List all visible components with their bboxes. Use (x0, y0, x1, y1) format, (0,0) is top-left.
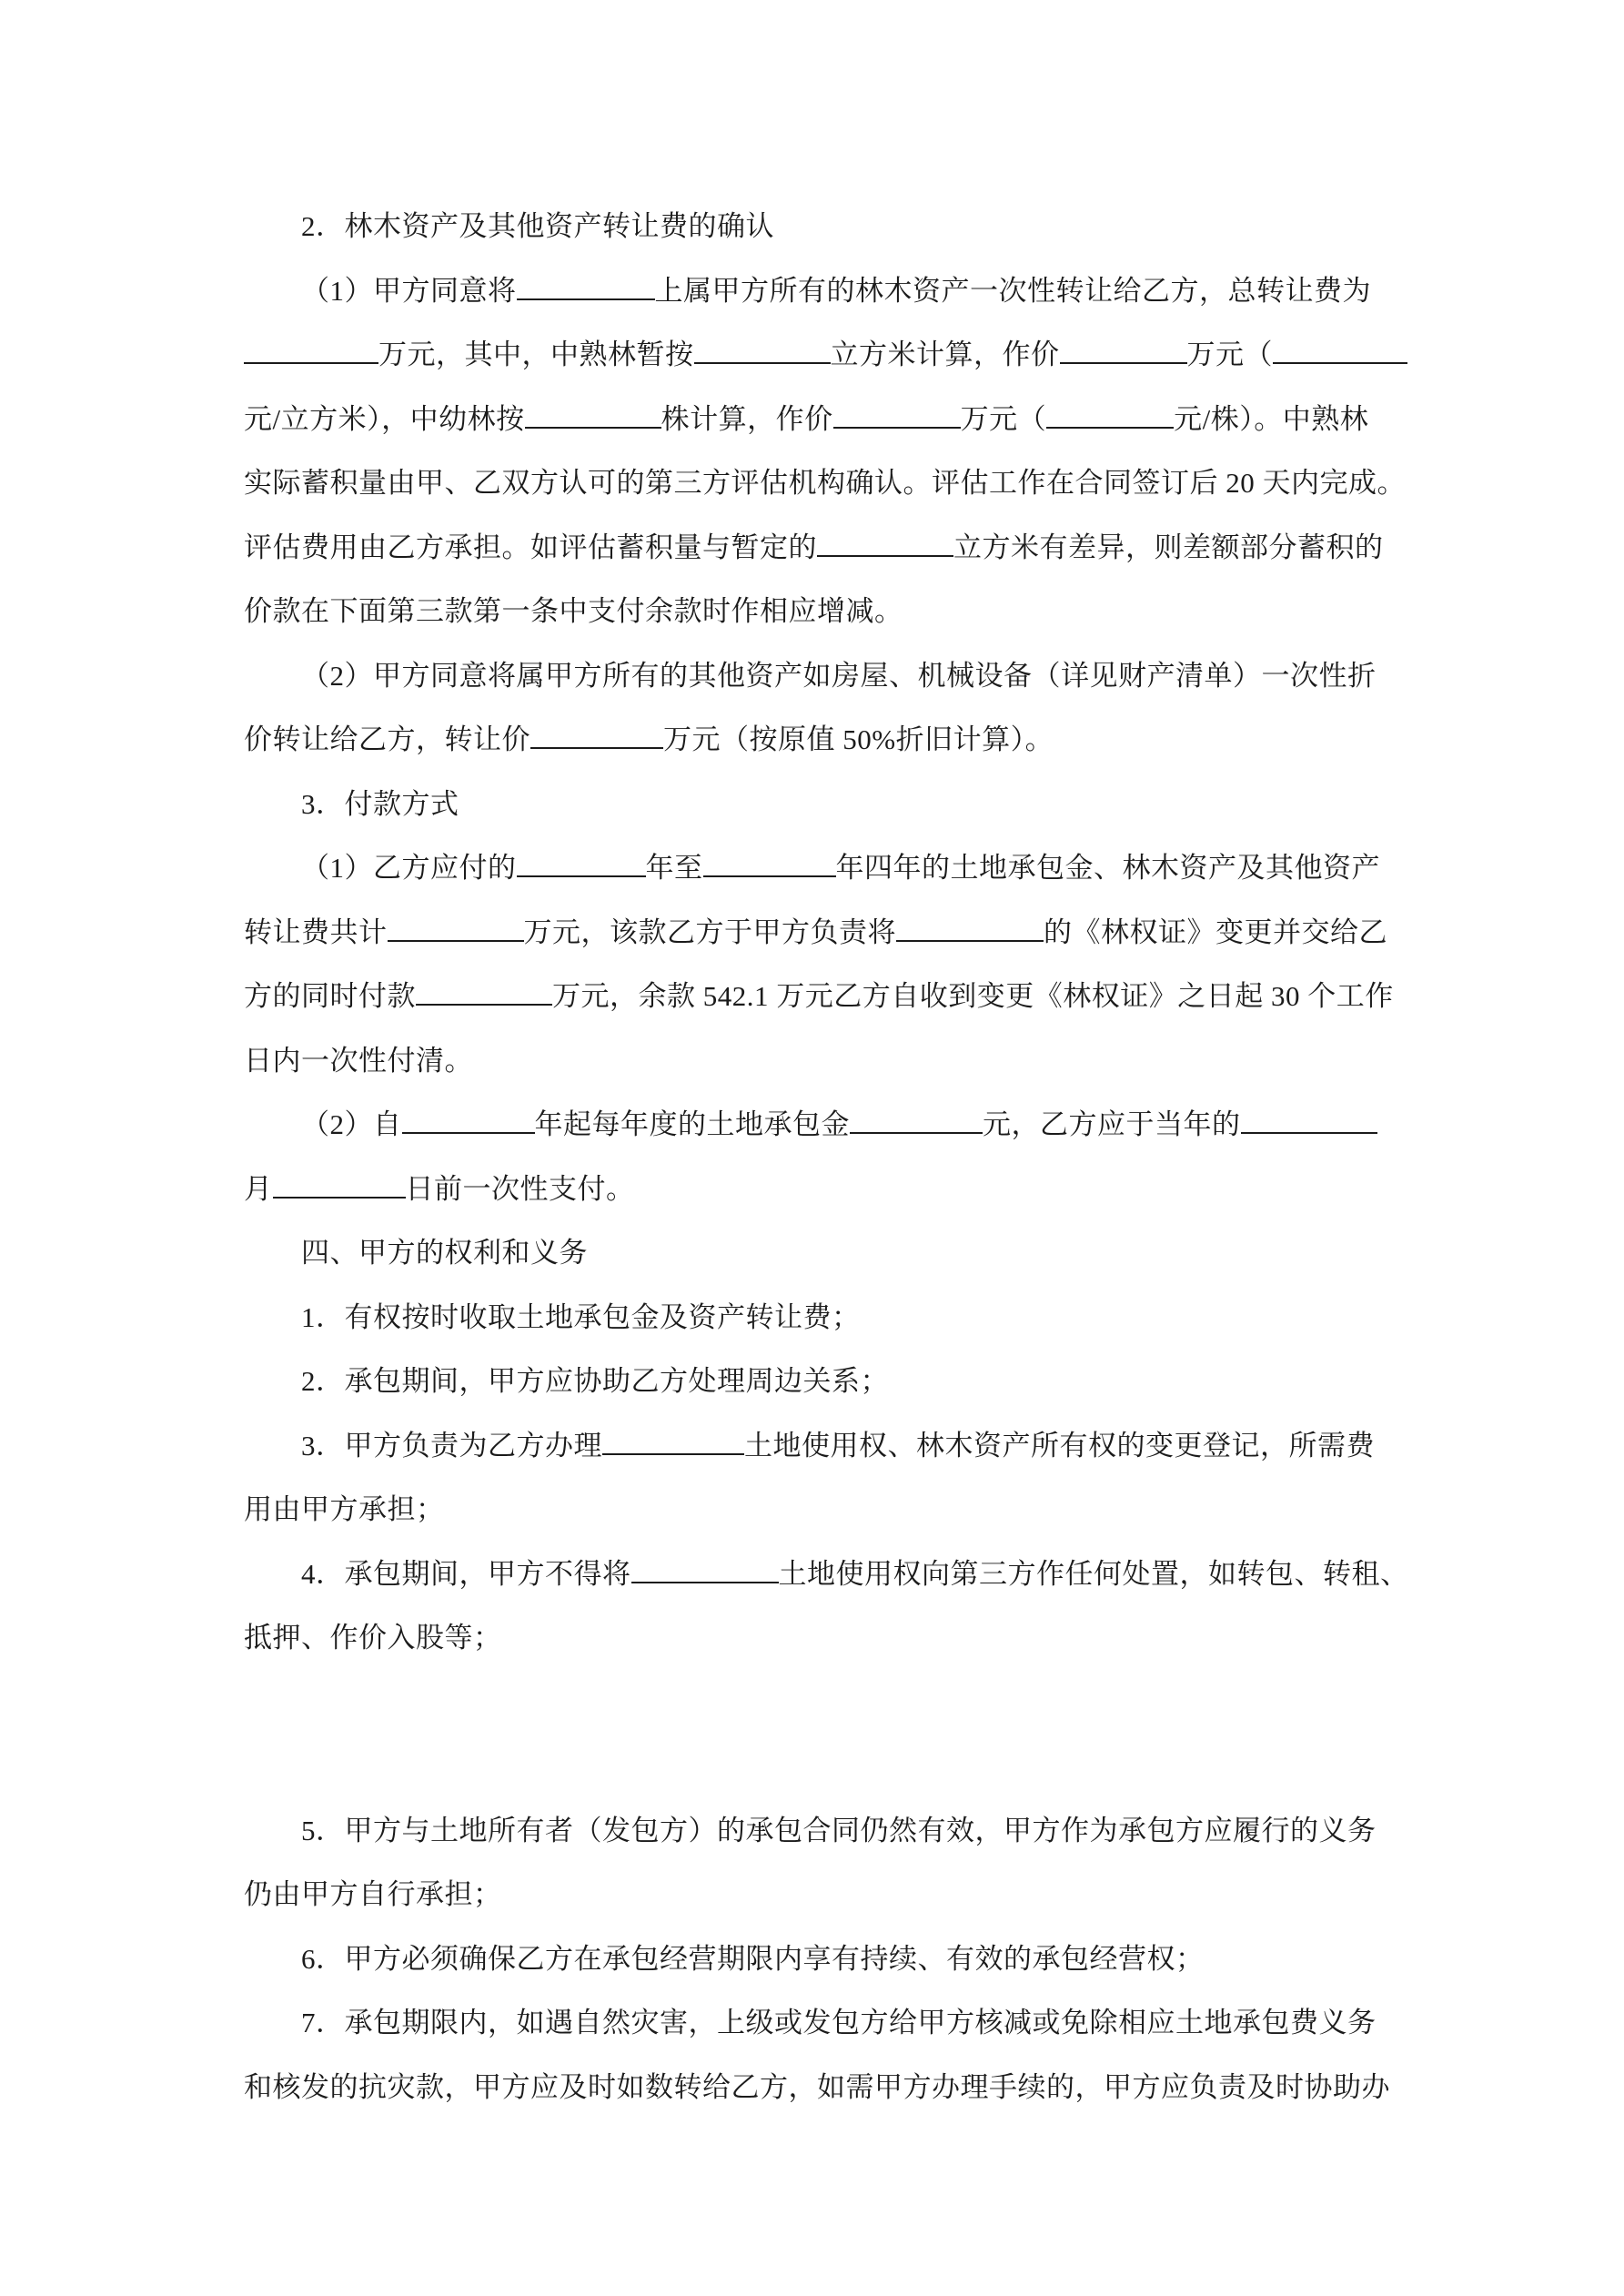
text-line: 四、甲方的权利和义务 (244, 1221, 1382, 1286)
text-line: 3．付款方式 (244, 773, 1382, 837)
text-segment: 四、甲方的权利和义务 (301, 1237, 588, 1269)
text-segment: 年起每年度的土地承包金 (535, 1108, 851, 1140)
text-segment: （1）乙方应付的 (301, 852, 517, 884)
text-line: 万元，其中，中熟林暂按立方米计算，作价万元（ (244, 323, 1382, 388)
text-segment: 2．承包期间，甲方应协助乙方处理周边关系； (301, 1365, 889, 1397)
text-line: 仍由甲方自行承担； (244, 1863, 1382, 1927)
text-line: 转让费共计万元，该款乙方于甲方负责将的《林权证》变更并交给乙 (244, 901, 1382, 966)
fill-in-blank (244, 336, 378, 364)
text-segment: 抵押、作价入股等； (244, 1622, 502, 1654)
text-segment: 月 (244, 1173, 273, 1205)
text-segment: 日内一次性付清。 (244, 1045, 473, 1077)
text-line: （2）甲方同意将属甲方所有的其他资产如房屋、机械设备（详见财产清单）一次性折 (244, 644, 1382, 709)
text-segment: 3．付款方式 (301, 788, 459, 820)
text-segment: 4．承包期间，甲方不得将 (301, 1558, 631, 1590)
fill-in-blank (530, 721, 663, 749)
text-segment: 万元，其中，中熟林暂按 (378, 339, 694, 370)
text-segment: 株计算，作价 (661, 403, 833, 435)
fill-in-blank (850, 1106, 983, 1134)
text-segment: 6．甲方必须确保乙方在承包经营期限内享有持续、有效的承包经营权； (301, 1943, 1205, 1975)
text-segment: 转让费共计 (244, 916, 388, 948)
fill-in-blank (416, 977, 552, 1006)
text-segment: 立方米有差异，则差额部分蓄积的 (953, 531, 1384, 563)
fill-in-blank (1241, 1106, 1377, 1134)
fill-in-blank (694, 336, 831, 364)
text-segment: 立方米计算，作价 (831, 339, 1060, 370)
text-line: 3．甲方负责为乙方办理土地使用权、林木资产所有权的变更登记，所需费 (244, 1414, 1382, 1479)
text-segment: 年至 (646, 852, 703, 884)
fill-in-blank (896, 914, 1044, 942)
text-line: 2．林木资产及其他资产转让费的确认 (244, 195, 1382, 259)
text-segment: 实际蓄积量由甲、乙双方认可的第三方评估机构确认。评估工作在合同签订后 20 天内… (244, 467, 1406, 499)
text-segment: 土地使用权向第三方作任何处置，如转包、转租、 (779, 1558, 1409, 1590)
text-segment: 用由甲方承担； (244, 1493, 445, 1525)
fill-in-blank (703, 849, 836, 877)
text-segment: 万元（ (1187, 339, 1274, 370)
text-segment: （1）甲方同意将 (301, 275, 517, 307)
fill-in-blank (1273, 336, 1407, 364)
text-segment: 2．林木资产及其他资产转让费的确认 (301, 210, 774, 242)
text-line: （1）乙方应付的年至年四年的土地承包金、林木资产及其他资产 (244, 836, 1382, 901)
text-segment: 评估费用由乙方承担。如评估蓄积量与暂定的 (244, 531, 817, 563)
text-segment: 万元（ (961, 403, 1047, 435)
text-segment: 万元，该款乙方于甲方负责将 (524, 916, 897, 948)
text-segment: 元/株）。中熟林 (1174, 403, 1368, 435)
fill-in-blank (517, 272, 655, 300)
text-line: 日内一次性付清。 (244, 1029, 1382, 1094)
text-segment: 元，乙方应于当年的 (983, 1108, 1241, 1140)
fill-in-blank (273, 1170, 406, 1199)
text-segment: 的《林权证》变更并交给乙 (1044, 916, 1387, 948)
fill-in-blank (817, 529, 953, 557)
text-line: 1．有权按时收取土地承包金及资产转让费； (244, 1286, 1382, 1350)
text-segment: 万元，余款 542.1 万元乙方自收到变更《林权证》之日起 30 个工作 (552, 980, 1394, 1012)
text-line: 月日前一次性支付。 (244, 1158, 1382, 1222)
fill-in-blank (388, 914, 524, 942)
text-line: 评估费用由乙方承担。如评估蓄积量与暂定的立方米有差异，则差额部分蓄积的 (244, 516, 1382, 581)
text-segment: 上属甲方所有的林木资产一次性转让给乙方，总转让费为 (655, 275, 1372, 307)
blank-line (244, 1735, 1382, 1799)
text-segment: 土地使用权、林木资产所有权的变更登记，所需费 (744, 1430, 1375, 1462)
fill-in-blank (525, 400, 661, 429)
fill-in-blank (833, 400, 961, 429)
text-segment: 价款在下面第三款第一条中支付余款时作相应增减。 (244, 595, 903, 627)
text-segment: （2）自 (301, 1108, 402, 1140)
text-segment: 3．甲方负责为乙方办理 (301, 1430, 602, 1462)
text-line: 元/立方米），中幼林按株计算，作价万元（元/株）。中熟林 (244, 388, 1382, 452)
text-line: 4．承包期间，甲方不得将土地使用权向第三方作任何处置，如转包、转租、 (244, 1542, 1382, 1607)
document-page: 2．林木资产及其他资产转让费的确认（1）甲方同意将上属甲方所有的林木资产一次性转… (0, 0, 1624, 2296)
text-line: 6．甲方必须确保乙方在承包经营期限内享有持续、有效的承包经营权； (244, 1927, 1382, 1992)
fill-in-blank (1046, 400, 1174, 429)
document-body: 2．林木资产及其他资产转让费的确认（1）甲方同意将上属甲方所有的林木资产一次性转… (244, 195, 1382, 2119)
text-segment: 元/立方米），中幼林按 (244, 403, 525, 435)
text-line: 价款在下面第三款第一条中支付余款时作相应增减。 (244, 580, 1382, 644)
text-segment: 价转让给乙方，转让价 (244, 723, 530, 755)
fill-in-blank (517, 849, 646, 877)
text-line: 价转让给乙方，转让价万元（按原值 50%折旧计算）。 (244, 708, 1382, 773)
text-segment: 年四年的土地承包金、林木资产及其他资产 (836, 852, 1381, 884)
text-segment: 方的同时付款 (244, 980, 416, 1012)
text-line: 实际蓄积量由甲、乙双方认可的第三方评估机构确认。评估工作在合同签订后 20 天内… (244, 451, 1382, 516)
blank-line (244, 1671, 1382, 1735)
fill-in-blank (1060, 336, 1187, 364)
text-segment: 日前一次性支付。 (406, 1173, 635, 1205)
text-line: 抵押、作价入股等； (244, 1606, 1382, 1671)
fill-in-blank (631, 1555, 779, 1583)
text-segment: 1．有权按时收取土地承包金及资产转让费； (301, 1301, 861, 1333)
text-line: 用由甲方承担； (244, 1478, 1382, 1542)
text-segment: 仍由甲方自行承担； (244, 1878, 502, 1910)
text-segment: 5．甲方与土地所有者（发包方）的承包合同仍然有效，甲方作为承包方应履行的义务 (301, 1815, 1377, 1846)
text-line: 方的同时付款万元，余款 542.1 万元乙方自收到变更《林权证》之日起 30 个… (244, 965, 1382, 1029)
text-segment: 7．承包期限内，如遇自然灾害，上级或发包方给甲方核减或免除相应土地承包费义务 (301, 2007, 1377, 2038)
text-line: （2）自年起每年度的土地承包金元，乙方应于当年的 (244, 1093, 1382, 1158)
text-segment: 万元（按原值 50%折旧计算）。 (663, 723, 1054, 755)
text-line: 和核发的抗灾款，甲方应及时如数转给乙方，如需甲方办理手续的，甲方应负责及时协助办 (244, 2056, 1382, 2120)
fill-in-blank (602, 1427, 744, 1455)
text-line: （1）甲方同意将上属甲方所有的林木资产一次性转让给乙方，总转让费为 (244, 259, 1382, 324)
text-line: 5．甲方与土地所有者（发包方）的承包合同仍然有效，甲方作为承包方应履行的义务 (244, 1799, 1382, 1864)
text-segment: （2）甲方同意将属甲方所有的其他资产如房屋、机械设备（详见财产清单）一次性折 (301, 660, 1377, 692)
fill-in-blank (402, 1106, 535, 1134)
text-line: 2．承包期间，甲方应协助乙方处理周边关系； (244, 1350, 1382, 1414)
text-line: 7．承包期限内，如遇自然灾害，上级或发包方给甲方核减或免除相应土地承包费义务 (244, 1991, 1382, 2056)
text-segment: 和核发的抗灾款，甲方应及时如数转给乙方，如需甲方办理手续的，甲方应负责及时协助办 (244, 2071, 1390, 2103)
